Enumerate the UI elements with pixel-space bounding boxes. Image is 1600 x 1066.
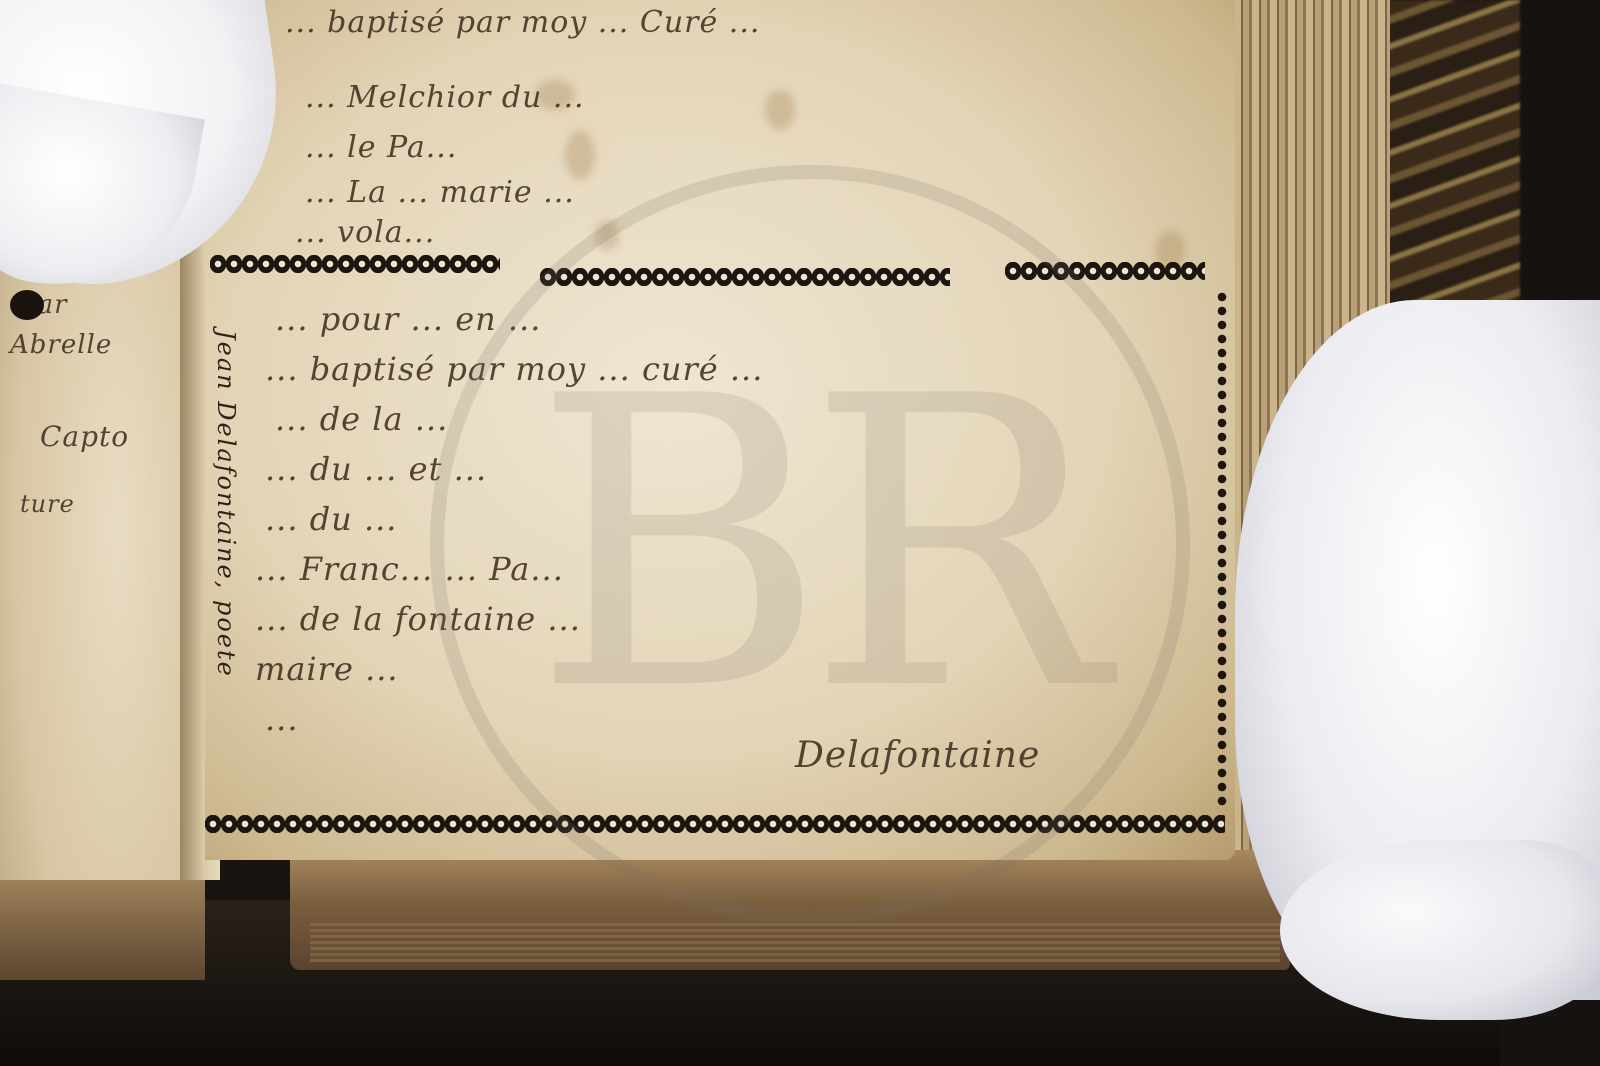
watermark-circle: BR [430,165,1190,925]
ornament-border-right [1215,290,1229,810]
stain [565,130,595,180]
ink-blot [10,290,44,320]
upper-line-3: ... le Pa... [305,130,457,165]
main-line-8: maire ... [255,650,399,688]
left-ink-3: Capto [40,420,129,453]
left-ink-4: ture [20,490,75,518]
upper-line-5: ... vola... [295,215,435,250]
watermark-text: BR [444,179,1176,911]
stain [765,90,795,130]
main-line-5: ... du ... [265,500,397,538]
main-line-9: ... [265,700,299,738]
upper-line-1: ... baptisé par moy ... Curé ... [285,5,760,40]
white-glove-right-thumb [1280,840,1600,1020]
margin-note: Jean Delafontaine, poete [212,330,240,678]
upper-line-2: ... Melchior du ... [305,80,585,115]
manuscript-photo: par Abrelle Capto ture ... baptisé par m… [0,0,1600,1066]
left-ink-2: Abrelle [10,330,112,360]
main-line-3: ... de la ... [275,400,448,438]
